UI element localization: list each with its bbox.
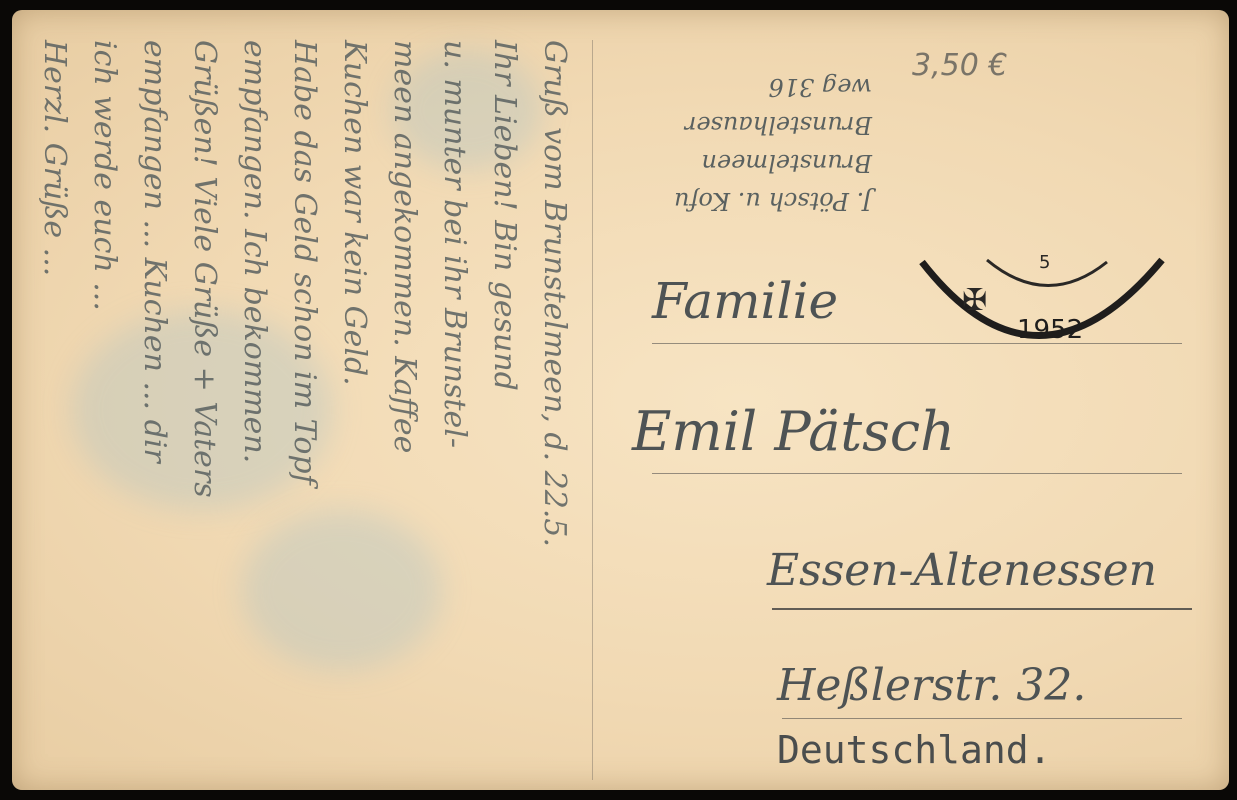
address-line bbox=[652, 343, 1182, 344]
address-line bbox=[782, 718, 1182, 719]
sender-line: Brunstelhauser bbox=[602, 106, 872, 144]
message-line: meen angekommen. Kaffee bbox=[387, 40, 422, 453]
message-line: Grüßen! Viele Grüße + Vaters bbox=[187, 40, 222, 498]
sender-line: Brunstelmeen bbox=[602, 144, 872, 182]
svg-text:5: 5 bbox=[1039, 252, 1050, 273]
message-line: Gruß vom Brunstelmeen, d. 22.5. bbox=[537, 40, 572, 547]
sender-address: J. Pötsch u. Kofu Brunstelmeen Brunstelh… bbox=[602, 40, 872, 220]
price-note: 3,50 € bbox=[912, 48, 1007, 83]
recipient-line-4: Heßlerstr. 32. bbox=[777, 660, 1086, 711]
message-line: Habe das Geld schon im Topf bbox=[287, 40, 322, 485]
postmark-stamp: ✠ 5 1952 bbox=[917, 240, 1177, 370]
sender-line: weg 316 bbox=[602, 68, 872, 106]
address-line bbox=[652, 473, 1182, 474]
message-line: ich werde euch ... bbox=[87, 40, 122, 311]
recipient-line-1: Familie bbox=[652, 272, 838, 330]
message-line: Herzl. Grüße ... bbox=[37, 40, 72, 276]
postcard: Gruß vom Brunstelmeen, d. 22.5. Ihr Lieb… bbox=[12, 10, 1229, 790]
recipient-line-5: Deutschland. bbox=[777, 728, 1052, 772]
message-line: Kuchen war kein Geld. bbox=[337, 40, 372, 386]
message-line: Ihr Lieben! Bin gesund bbox=[487, 40, 522, 391]
divider-line bbox=[592, 40, 593, 780]
svg-text:1952: 1952 bbox=[1017, 315, 1083, 345]
handwritten-message: Gruß vom Brunstelmeen, d. 22.5. Ihr Lieb… bbox=[32, 40, 592, 780]
sender-line: J. Pötsch u. Kofu bbox=[602, 182, 872, 220]
message-line: empfangen. Ich bekommen. bbox=[237, 40, 272, 463]
message-line: u. munter bei ihr Brunstel- bbox=[437, 40, 472, 448]
recipient-line-3: Essen-Altenessen bbox=[767, 545, 1157, 596]
message-line: empfangen ... Kuchen ... dir bbox=[137, 40, 172, 463]
svg-text:✠: ✠ bbox=[962, 283, 987, 318]
address-line bbox=[772, 608, 1192, 610]
recipient-line-2: Emil Pätsch bbox=[632, 400, 955, 463]
